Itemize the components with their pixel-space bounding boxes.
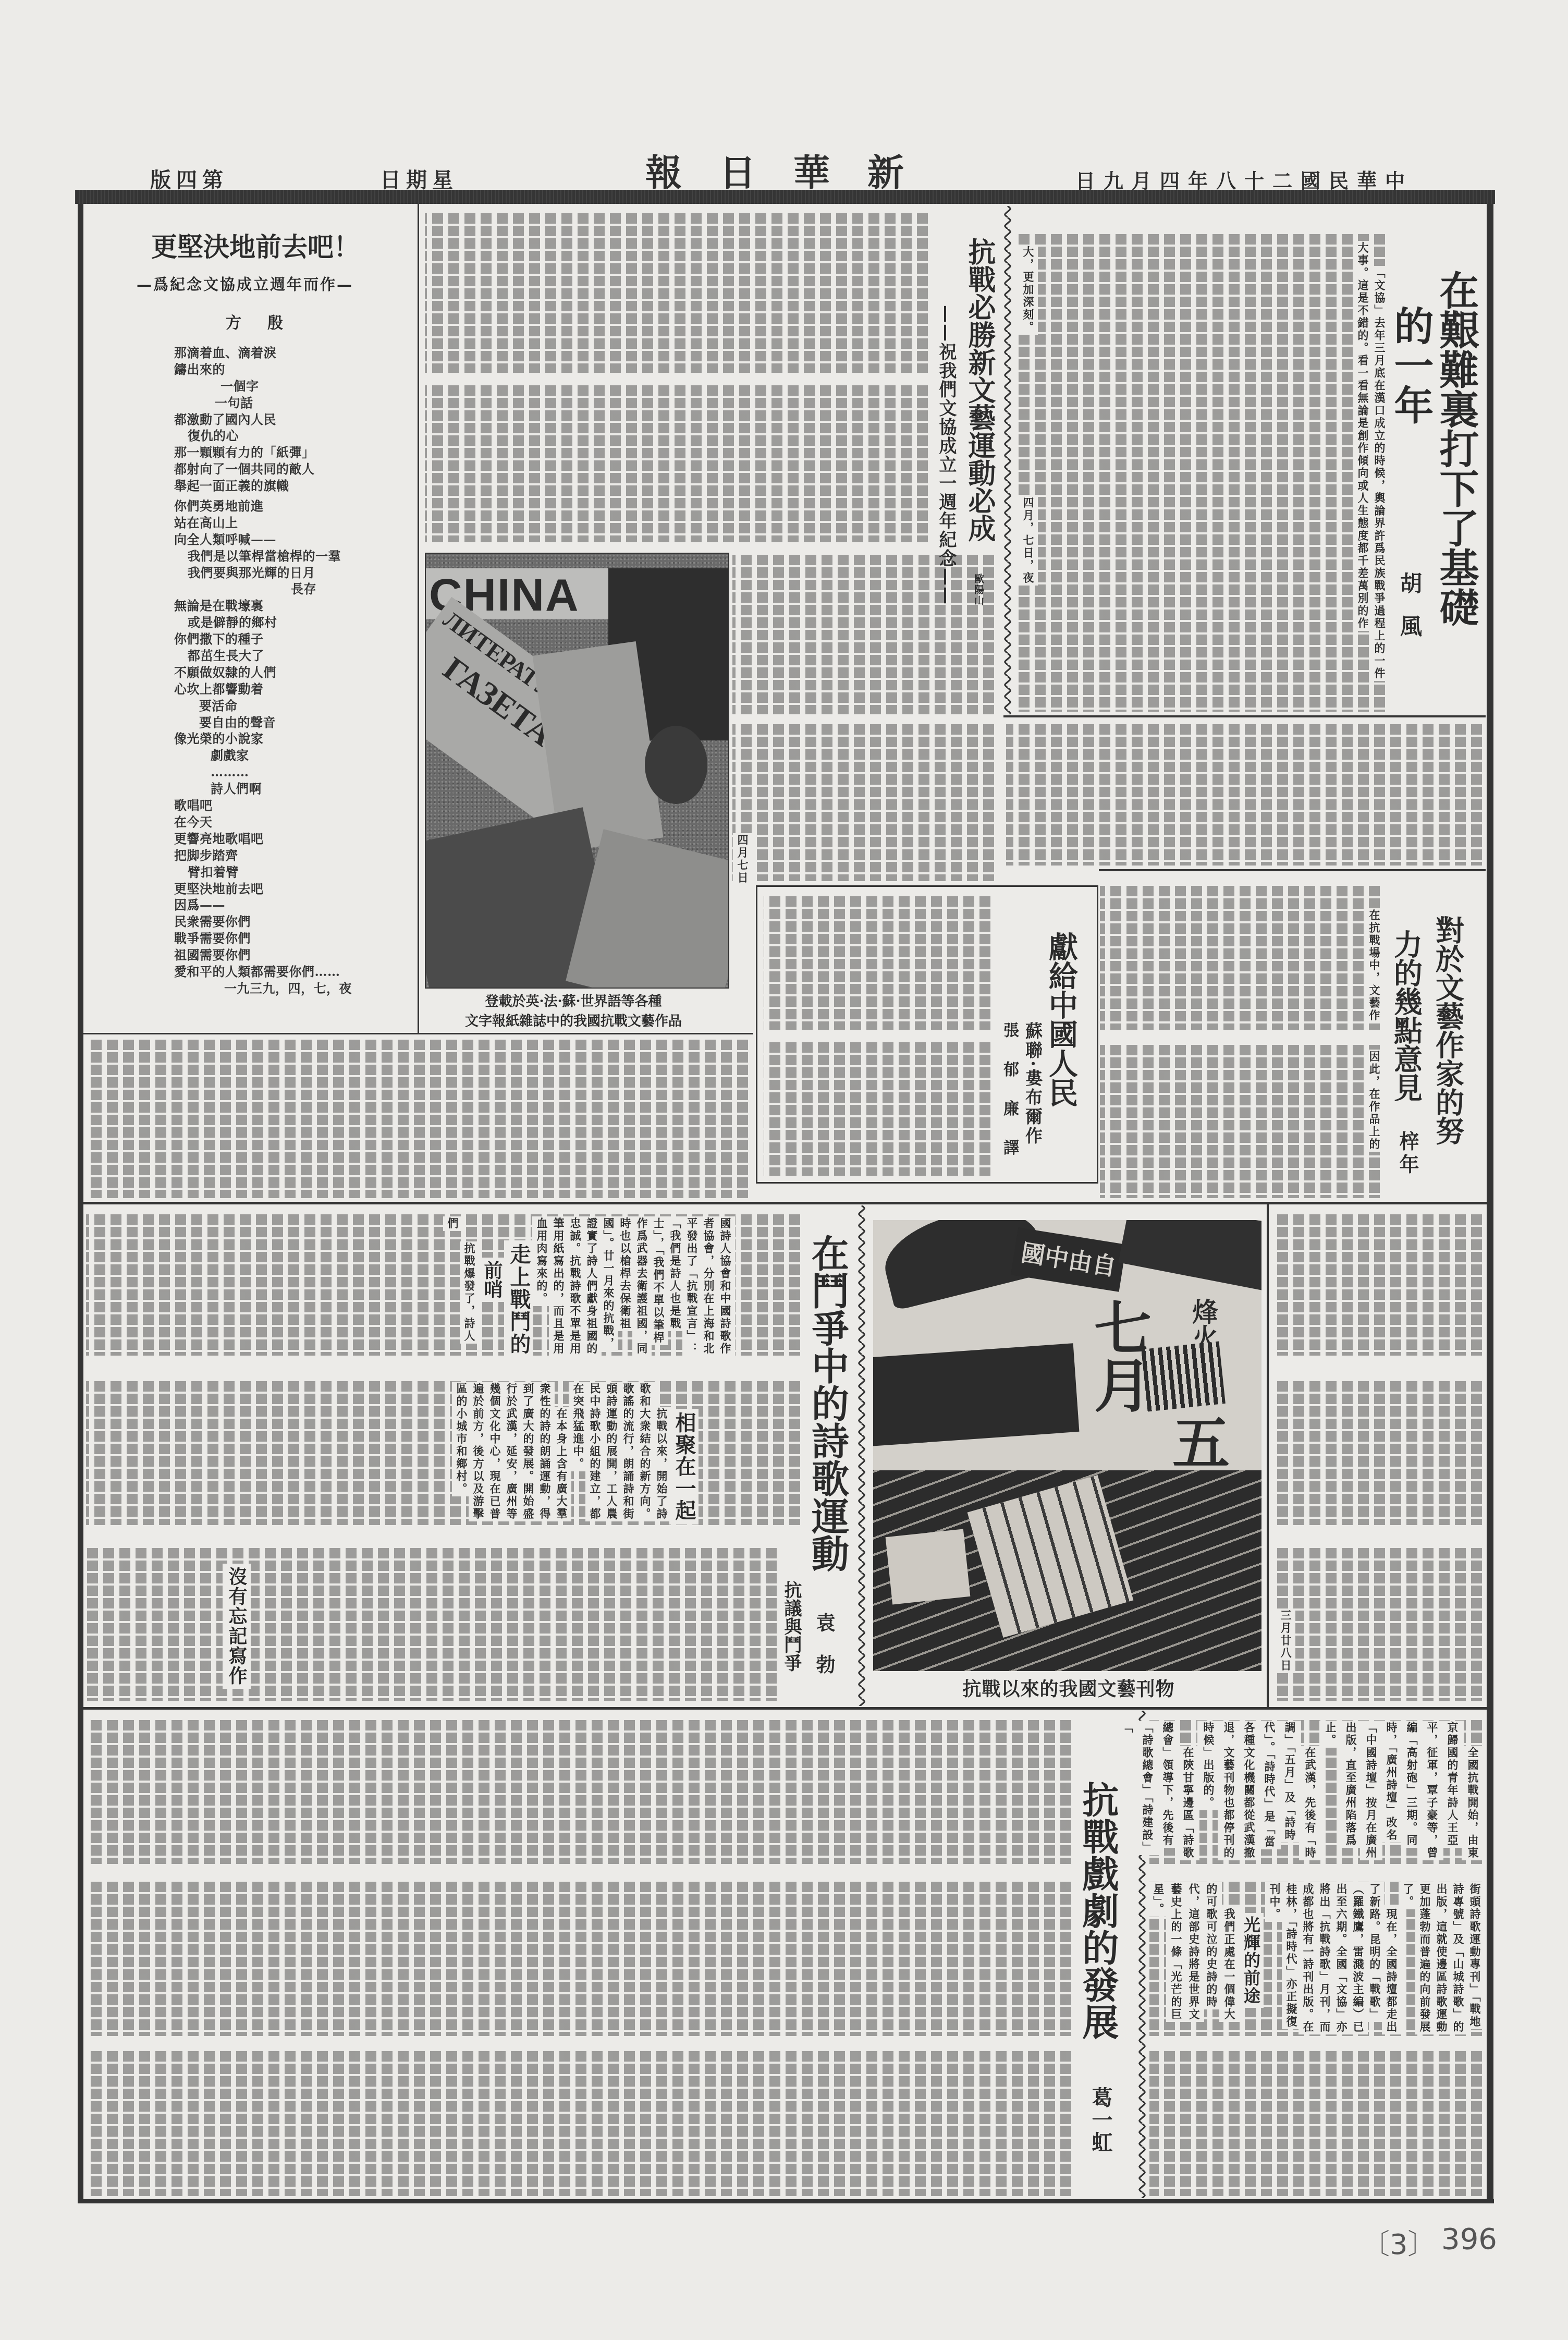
woodcut-shape — [886, 1529, 971, 1605]
poem-line: 更堅決地前去吧 — [174, 881, 352, 897]
poem-translation-author: 蘇聯·婁布爾作 — [1022, 1022, 1043, 1146]
woodcut-cover-free-china: 自由中國 — [1011, 1227, 1126, 1292]
excerpt-text: 四月，七日，夜 — [1019, 496, 1038, 586]
excerpt-text: 三月廿八日 — [1276, 1608, 1295, 1673]
poem-line: 劇戲家 — [174, 747, 352, 764]
date-line-hu-feng: 四月，七日，夜 — [1020, 496, 1036, 587]
headline-zinian-line-2: 力的幾點意見 — [1390, 930, 1422, 1102]
poem-line: 長存 — [174, 581, 352, 598]
illegible-body-text — [732, 722, 997, 881]
poem-line: 站在高山上 — [174, 515, 352, 531]
excerpt-text: 現在，全國詩壇都走出了新路。昆明的「戰歌」（羅鐵鷹，雷濺波主編）已出至六期。全國… — [1265, 1882, 1401, 2034]
poem-subtitle: —爲紀念文協成立週年而作— — [128, 273, 362, 295]
excerpt-text: 抗戰爆發了，詩人們 — [443, 1216, 479, 1344]
subtitle-ouyang-shan: ——祝我們文協成立一週年紀念—— — [934, 305, 958, 605]
photo-caption-line: 文字報紙雜誌中的我國抗戰文藝作品 — [443, 1011, 704, 1031]
headline-yuan-bo: 在鬥爭中的詩歌運動 — [806, 1234, 848, 1572]
illegible-body-text — [1149, 2049, 1485, 2196]
frame-bottom-border — [78, 2199, 1494, 2203]
poem-line: 向全人類呼喊—— — [174, 531, 352, 548]
excerpt-text: 在陝甘寧邊區「詩歌總會」領導下，先後有「詩歌總會」「詩建設」「 — [1116, 1721, 1199, 1860]
excerpt-text: 抗戰以來，開始了詩歌和大衆結合的新方向。歌謠的流行，朗誦詩和街頭詩運動的展開，工… — [569, 1382, 671, 1521]
woodcut-shape — [1118, 1220, 1261, 1291]
poem-line: 鑄出來的 — [174, 361, 352, 378]
headline-hu-feng-line-2: 的一年 — [1389, 306, 1432, 424]
frame-left-border — [78, 204, 83, 2203]
poem-line: 詩人們啊 — [174, 781, 352, 797]
subheading-protest: 抗議與鬥爭 — [778, 1578, 804, 1675]
excerpt-text: 因此，在作品上的 — [1365, 1050, 1384, 1152]
newspaper-page: 第四版 星期日 新華日報 中華民國二十八年四月九日 更堅決地前去吧！ —爲紀念文… — [0, 0, 1568, 2340]
photo-foreign-publications: CHINA ЛИТЕРАТУРНАЯ ГАЗЕТА — [425, 553, 729, 989]
poem-line: 你們英勇地前進 — [174, 498, 352, 515]
excerpt-text: 我們正處在一個偉大的可歌可泣的史詩的時代，這部史詩將是世界文藝史上的一條「光芒的… — [1148, 1882, 1240, 2022]
excerpt-text: 四月七日 — [733, 833, 752, 885]
poem-line: 愛和平的人類都需要你們…… — [174, 964, 352, 980]
excerpt-yuan-bo-masses: 抗戰以來，開始了詩歌和大衆結合的新方向。歌謠的流行，朗誦詩和街頭詩運動的展開，工… — [453, 1382, 670, 1520]
headline-ouyang-shan: 抗戰必勝新文藝運動必成 — [964, 238, 996, 542]
date-line-ouyang-shan: 四月七日 — [734, 833, 751, 885]
illegible-body-text — [1275, 1379, 1485, 1525]
excerpt-text: 大，更加深刻。 — [1019, 245, 1038, 335]
illegible-body-text — [1275, 1546, 1485, 1701]
poem-line: 要自由的聲音 — [174, 714, 352, 731]
headline-ge-yihong: 抗戰戲劇的發展 — [1077, 1781, 1118, 2040]
excerpt-text: 街頭詩歌運動專刊」「戰地詩專號」及「山城詩歌」的出版，這就使邊區詩歌運動更加蓬勃… — [1399, 1882, 1485, 2034]
illegible-body-text — [86, 1038, 751, 1198]
poem-line: 祖國需要你們 — [174, 947, 352, 964]
photo-caption-line: 登載於英·法·蘇·世界語等各種 — [443, 992, 704, 1011]
rule-row-d-top — [83, 1707, 1487, 1710]
poem-line: 把脚步踏齊 — [174, 847, 352, 864]
subheading-frontline-cont: 前哨 — [479, 1258, 506, 1301]
woodcut-shape — [873, 1343, 1079, 1446]
poem-line: 無論是在戰壕裏 — [174, 598, 352, 614]
illegible-body-text — [1100, 884, 1382, 1030]
rule-zinian-top — [1099, 869, 1486, 871]
poem-line: 復仇的心 — [174, 428, 352, 444]
excerpt-text: 在武漢，先後有「時調」「五月」及「詩時代」。「詩時代」是「當各種文化機關都從武漢… — [1197, 1721, 1321, 1860]
byline-zinian: 梓年 — [1395, 1131, 1419, 1177]
poem-line: 一句話 — [174, 395, 352, 411]
poem-line: 都茁生長大了 — [174, 648, 352, 664]
illegible-body-text — [1275, 1212, 1485, 1356]
poem-line: 都射向了一個共同的敵人 — [174, 461, 352, 478]
excerpt-text: 在抗戰場中，文藝作 — [1365, 908, 1384, 1023]
woodcut-shape — [1141, 1341, 1226, 1411]
issue-date: 中華民國二十八年四月九日 — [1075, 165, 1413, 193]
excerpt-hu-feng-closing: 大，更加深刻。 — [1020, 245, 1036, 336]
excerpt-yuan-bo-manifesto: 國詩人協會和中國詩歌作者協會，分別在上海和北平發出了「抗戰宣言」：「我們是詩人也… — [533, 1216, 733, 1355]
excerpt-text: 國詩人協會和中國詩歌作者協會，分別在上海和北平發出了「抗戰宣言」：「我們是詩人也… — [532, 1216, 735, 1356]
subheading-writing: 沒有忘記寫作 — [223, 1564, 251, 1689]
poem-line: 你們撒下的種子 — [174, 631, 352, 648]
photo-portrait — [645, 726, 707, 804]
poem-translation-translator: 張郁廉譯 — [999, 1022, 1019, 1178]
page-label: 第四版 — [150, 164, 228, 193]
newspaper-title: 新華日報 — [645, 144, 941, 197]
rule-row-c-top — [83, 1202, 1487, 1204]
poem-line: 像光榮的小說家 — [174, 730, 352, 747]
excerpt-text: 「文協」去年三月底在漢口成立的時候，輿論界許爲民族戰爭過程上的一件大事。這是不錯… — [1353, 241, 1389, 681]
date-line-zinian: 三月廿八日 — [1277, 1608, 1294, 1674]
weekday: 星期日 — [380, 164, 458, 193]
poem-translation-title: 獻給中國人民 — [1045, 932, 1077, 1107]
poem-line: 心坎上都響動着 — [174, 681, 352, 698]
illegible-body-text — [425, 211, 930, 373]
woodcut-caption: 抗戰以來的我國文藝刊物 — [936, 1675, 1202, 1701]
poem-line: 民衆需要你們 — [174, 913, 352, 930]
rule-poem-bottom — [83, 1033, 753, 1034]
rule-poem-box-right — [418, 204, 419, 1033]
illegible-body-text — [1006, 722, 1485, 866]
poem-line: 一個字 — [174, 378, 352, 395]
subheading-frontline: 走上戰鬥的 — [504, 1240, 533, 1359]
wavy-column-divider — [1003, 206, 1012, 714]
poem-title: 更堅決地前去吧！ — [141, 226, 370, 264]
excerpt-text: 在本身上含有廣大羣衆性的詩的朗誦運動，得到了廣大的發展。開始盛行於武漢，延安，廣… — [452, 1382, 571, 1521]
subheading-future: 光輝的前途 — [1239, 1913, 1264, 2008]
poem-line: 在今天 — [174, 814, 352, 831]
byline-hu-feng: 胡風 — [1396, 572, 1423, 657]
illegible-body-text — [86, 1546, 779, 1701]
poem-line: 歌唱吧 — [174, 797, 352, 814]
poem-line: 我們要與那光輝的日月 — [174, 565, 352, 581]
poem-line: 那一顆顆有力的「紙彈」 — [174, 444, 352, 461]
masthead-bar — [75, 190, 1495, 204]
poem-line: 因爲—— — [174, 897, 352, 913]
poem-author: 方殷 — [226, 310, 309, 333]
illegible-body-text — [425, 383, 930, 542]
excerpt-text: 全國抗戰開始，由東京歸國的青年詩人王亞平，征軍，覃子豪等，曾編「高射砲」三期。同… — [1319, 1721, 1484, 1860]
excerpt-yuan-bo-future: 我們正處在一個偉大的可歌可泣的史詩的時代，這部史詩將是世界文藝史上的一條「光芒的… — [1149, 1882, 1238, 2021]
poem-body: 那滴着血、滴着淚 鑄出來的 一個字 一句話 都激動了國內人民 復仇的心 那一顆顆… — [174, 345, 352, 997]
excerpt-zinian-2: 因此，在作品上的 — [1366, 1050, 1382, 1154]
poem-line: 舉起一面正義的旗幟 — [174, 478, 352, 494]
rule-woodcut-right — [1267, 1204, 1269, 1707]
poem-line: ……… — [174, 764, 352, 781]
illegible-body-text — [86, 1718, 1074, 1864]
page-number: 396 — [1441, 2222, 1497, 2256]
rule-hu-feng-bottom — [1003, 715, 1486, 717]
woodcut-text-july: 七月 — [1087, 1298, 1149, 1413]
poem-line: 不願做奴隸的人們 — [174, 664, 352, 681]
headline-zinian-line-1: 對於文藝作家的努 — [1431, 916, 1464, 1145]
illegible-body-text — [1016, 232, 1388, 712]
subheading-together: 相聚在一起 — [669, 1409, 699, 1525]
poem-line: 那滴着血、滴着淚 — [174, 345, 352, 361]
volume-marker: 〔3〕 — [1362, 2222, 1436, 2262]
excerpt-yuan-bo-journals-1: 全國抗戰開始，由東京歸國的青年詩人王亞平，征軍，覃子豪等，曾編「高射砲」三期。同… — [1117, 1721, 1483, 1859]
poem-line: 臂扣着臂 — [174, 864, 352, 881]
poem-line: 要活命 — [174, 698, 352, 714]
frame-right-border — [1487, 204, 1493, 2203]
poem-line: 或是僻靜的鄉村 — [174, 614, 352, 631]
illegible-body-text — [86, 2049, 1074, 2196]
headline-hu-feng-line-1: 在艱難裏打下了基礎 — [1434, 270, 1478, 627]
woodcut-text-free-china: 自由中國 — [1011, 1227, 1126, 1292]
illegible-body-text — [86, 1880, 1074, 2036]
poem-line: 戰爭需要你們 — [174, 930, 352, 947]
byline-yuan-bo: 袁勃 — [813, 1613, 836, 1696]
wavy-column-divider — [857, 1205, 866, 1706]
excerpt-zinian-1: 在抗戰場中，文藝作 — [1366, 908, 1382, 1024]
excerpt-yuan-bo-journals-2: 街頭詩歌運動專刊」「戰地詩專號」及「山城詩歌」的出版，這就使邊區詩歌運動更加蓬勃… — [1266, 1882, 1483, 2033]
byline-ge-yihong: 葛一虹 — [1088, 2087, 1112, 2154]
excerpt-yuan-bo-war: 抗戰爆發了，詩人們 — [444, 1216, 477, 1355]
woodcut-literary-periodicals: 自由中國 七月 烽火 五月 — [873, 1220, 1261, 1671]
poem-line: 都激動了國內人民 — [174, 411, 352, 428]
poem-line: 更響亮地歌唱吧 — [174, 831, 352, 847]
illegible-body-text — [1100, 1043, 1382, 1198]
excerpt-hu-feng-opening: 「文協」去年三月底在漢口成立的時候，輿論界許爲民族戰爭過程上的一件大事。這是不錯… — [1354, 241, 1388, 681]
poem-date-line: 一九三九，四，七，夜 — [174, 980, 352, 997]
byline-ouyang-shan: 歐陽山 — [971, 574, 986, 606]
poem-line: 我們是以筆桿當槍桿的一羣 — [174, 548, 352, 565]
